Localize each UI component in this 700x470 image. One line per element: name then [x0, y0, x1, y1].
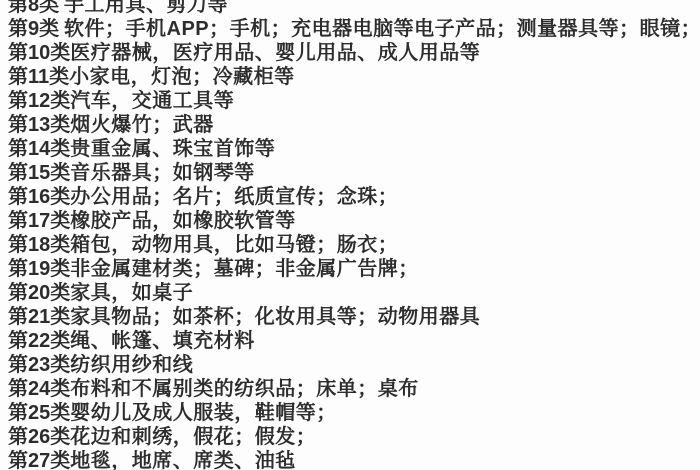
list-item: 第25类婴幼儿及成人服装，鞋帽等；	[0, 398, 700, 422]
list-item: 第17类橡胶产品，如橡胶软管等	[0, 206, 700, 230]
list-item: 第10类医疗器械，医疗用品、婴儿用品、成人用品等	[0, 38, 700, 62]
list-item: 第13类烟火爆竹；武器	[0, 110, 700, 134]
list-item: 第20类家具，如桌子	[0, 278, 700, 302]
list-item: 第26类花边和刺绣，假花；假发；	[0, 422, 700, 446]
list-item: 第16类办公用品；名片；纸质宣传；念珠；	[0, 182, 700, 206]
list-item: 第14类贵重金属、珠宝首饰等	[0, 134, 700, 158]
class-number-label: 第27类	[8, 444, 70, 470]
category-list: 第8类手工用具、剪刀等第9类软件；手机APP；手机；充电器电脑等电子产品；测量器…	[0, 0, 700, 470]
class-description: 地毯，地席、席类、油毡	[70, 444, 700, 470]
list-item: 第23类纺织用纱和线	[0, 350, 700, 374]
list-item: 第15类音乐器具；如钢琴等	[0, 158, 700, 182]
list-item: 第18类箱包，动物用具，比如马镫；肠衣；	[0, 230, 700, 254]
list-item: 第22类绳、帐篷、填充材料	[0, 326, 700, 350]
list-item: 第27类地毯，地席、席类、油毡	[0, 446, 700, 470]
list-item: 第21类家具物品；如茶杯；化妆用具等；动物用器具	[0, 302, 700, 326]
list-item: 第19类非金属建材类；墓碑；非金属广告牌；	[0, 254, 700, 278]
list-item: 第9类软件；手机APP；手机；充电器电脑等电子产品；测量器具等；眼镜；	[0, 14, 700, 38]
list-item: 第11类小家电，灯泡；冷藏柜等	[0, 62, 700, 86]
trademark-class-list-page: 第8类手工用具、剪刀等第9类软件；手机APP；手机；充电器电脑等电子产品；测量器…	[0, 0, 700, 470]
list-item: 第12类汽车，交通工具等	[0, 86, 700, 110]
list-item: 第24类布料和不属别类的纺织品；床单；桌布	[0, 374, 700, 398]
